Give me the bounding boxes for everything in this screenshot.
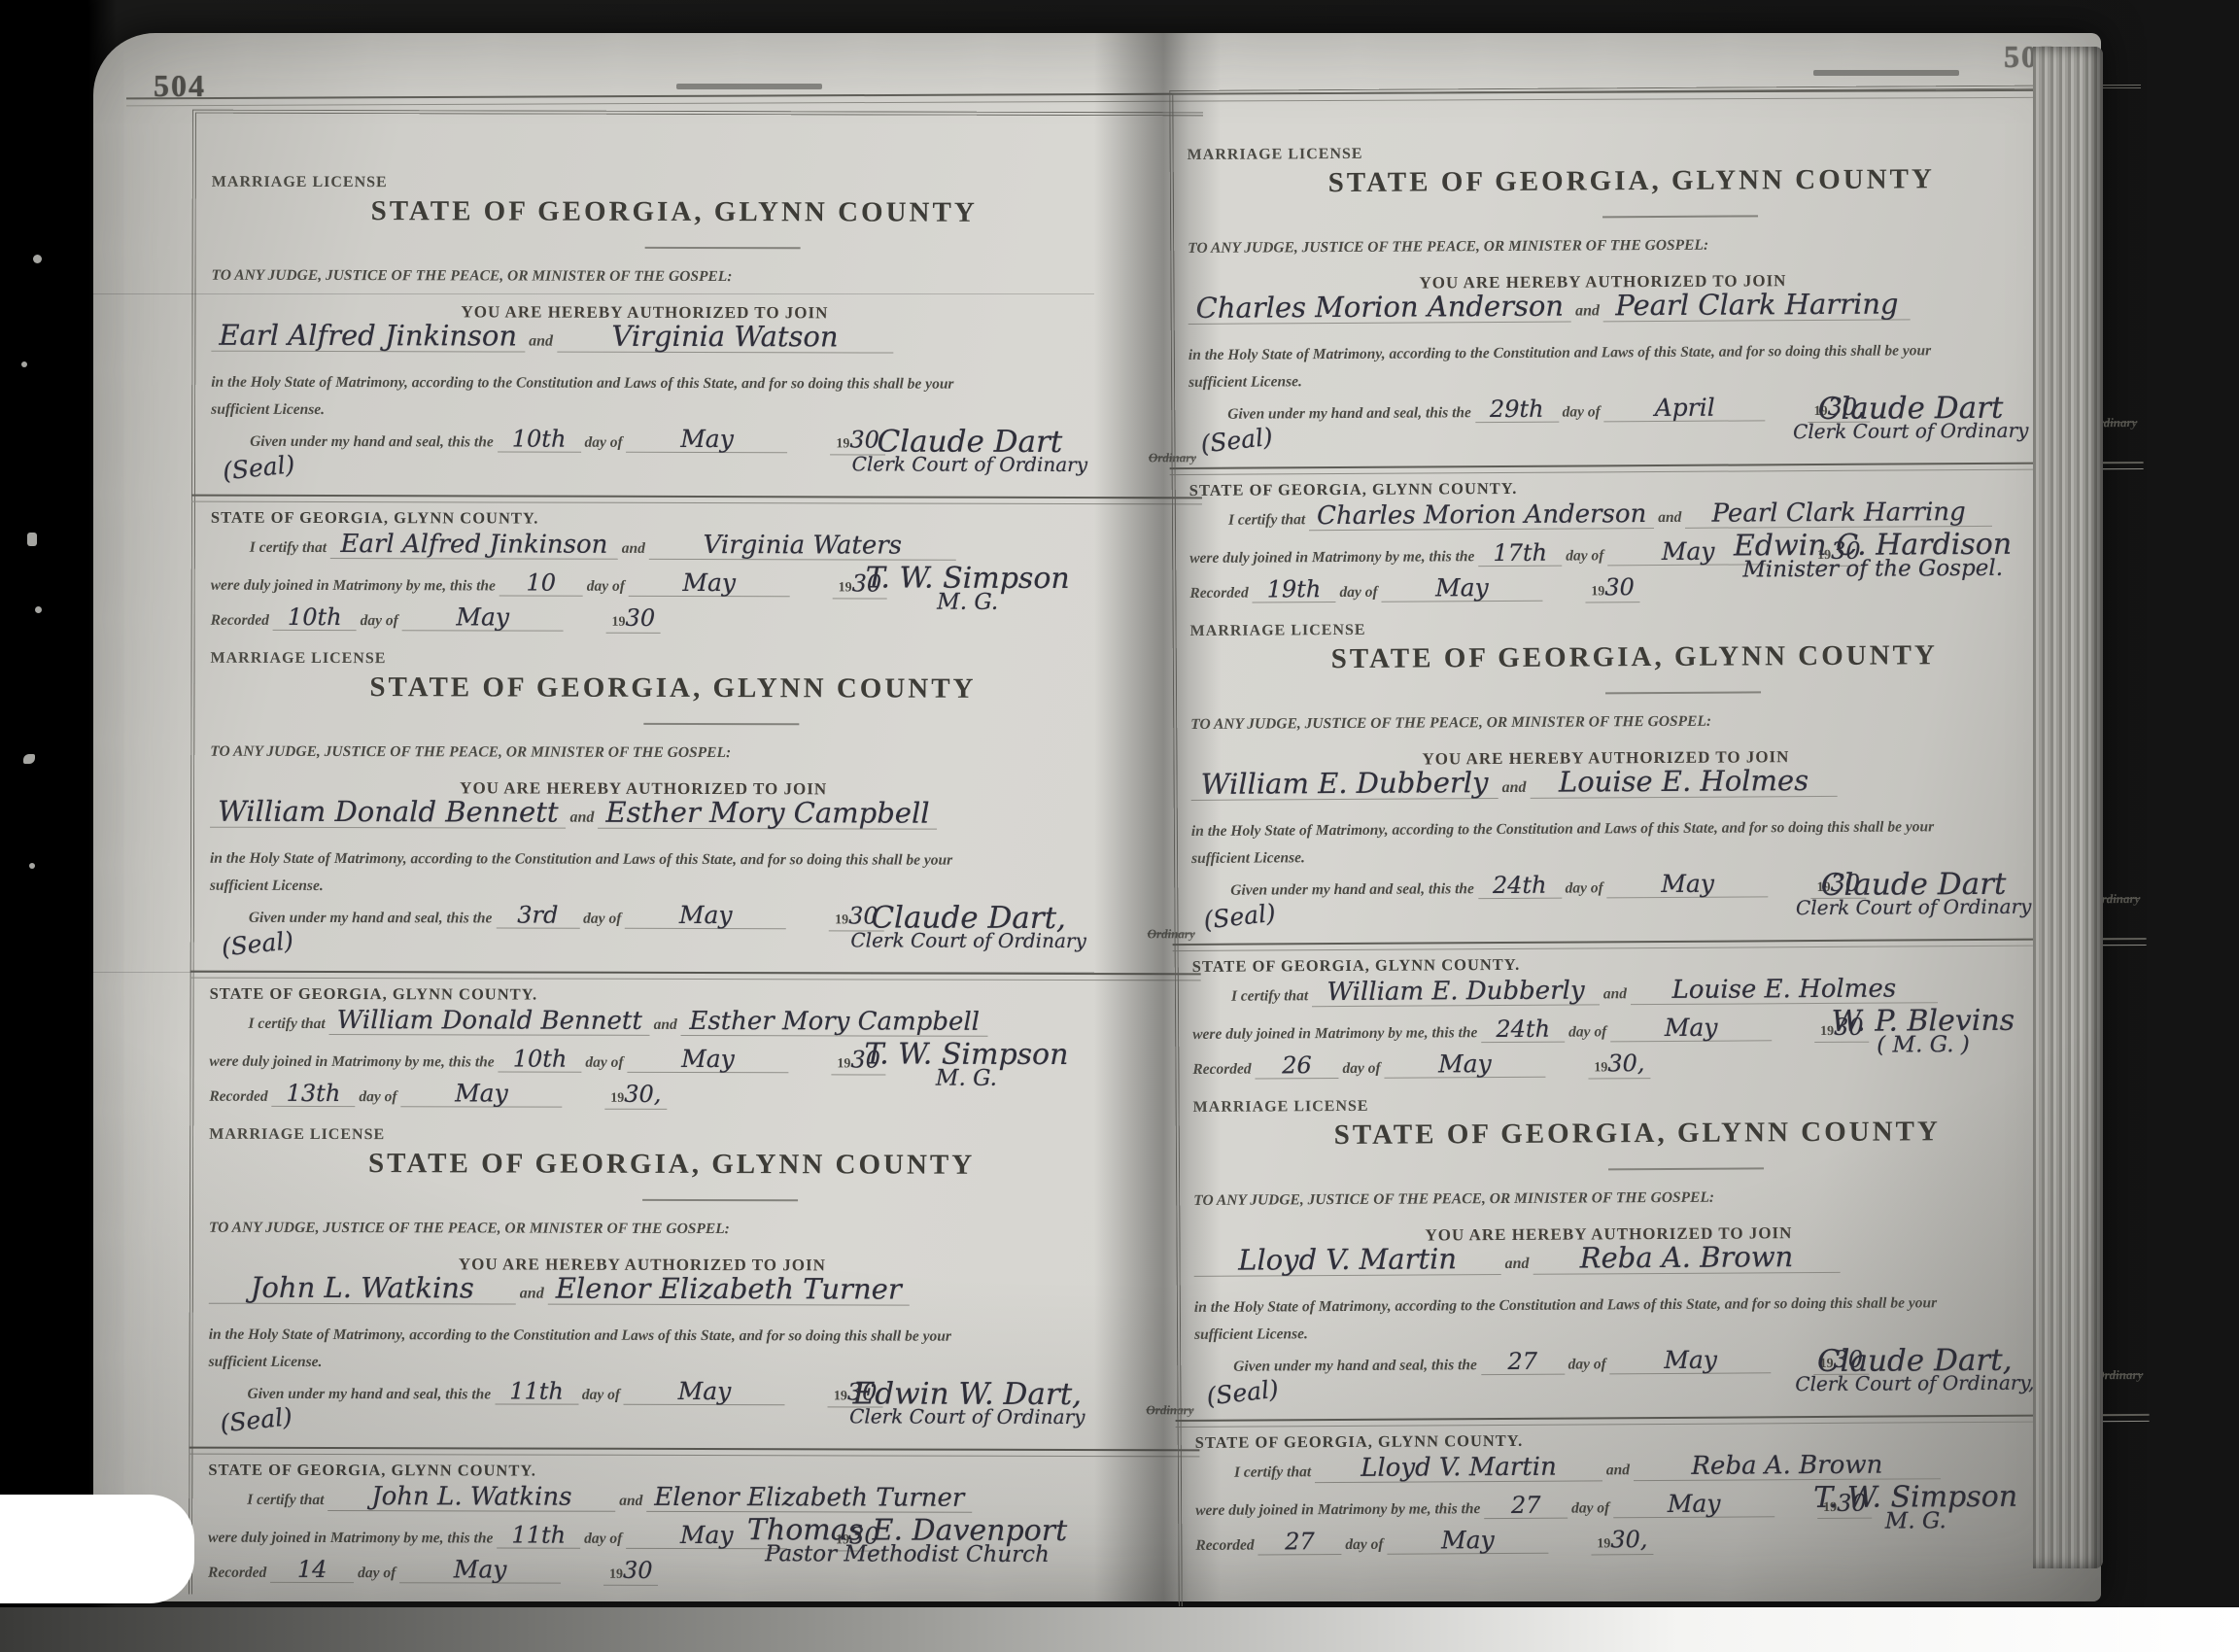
- married-month: May: [1610, 1015, 1772, 1042]
- record-title: STATE OF GEORGIA, GLYNN COUNTY: [1191, 1115, 2084, 1153]
- recorded-day: 13th: [271, 1082, 355, 1107]
- clerk-title: Clerk Court of Ordinary: [849, 1406, 1085, 1428]
- certify-label: I certify that: [1234, 1463, 1311, 1480]
- recorded-month: May: [399, 1557, 561, 1583]
- marriage-license-label: MARRIAGE LICENSE: [212, 174, 388, 191]
- license-names-row: John L. Watkins and Elenor Elizabeth Tur…: [209, 1274, 1194, 1307]
- title-underline: [643, 723, 799, 725]
- and-label: and: [570, 809, 595, 826]
- record-title: STATE OF GEORGIA, GLYNN COUNTY: [210, 195, 1139, 230]
- recorded-year-box: 1930,: [1591, 1526, 1653, 1555]
- clerk-signature-block: Claude Dart, Clerk Court of Ordinary: [850, 902, 1086, 950]
- record-title: STATE OF GEORGIA, GLYNN COUNTY: [1186, 162, 2078, 200]
- license-body-line2: sufficient License.: [211, 401, 325, 419]
- records-column: MARRIAGE LICENSE STATE OF GEORGIA, GLYNN…: [1186, 141, 2145, 1575]
- day-of-label: day of: [585, 1054, 623, 1071]
- printer-imprint: [676, 84, 822, 89]
- recorded-year-box: 1930: [1585, 573, 1640, 602]
- license-body-line1: in the Holy State of Matrimony, accordin…: [1191, 817, 2136, 841]
- day-of-label: day of: [1566, 879, 1603, 896]
- license-month: May: [1607, 871, 1769, 898]
- license-names-row: William E. Dubberly and Louise E. Holmes: [1191, 765, 2140, 801]
- certify-bride-name: Louise E. Holmes: [1631, 976, 1938, 1005]
- recorded-row: Recorded 19th day of May 1930: [1189, 573, 1640, 605]
- scan-cutout: [0, 1495, 194, 1603]
- and-label: and: [622, 540, 645, 557]
- groom-name: John L. Watkins: [209, 1274, 516, 1305]
- day-of-label: day of: [584, 1531, 622, 1547]
- recorded-month: May: [402, 604, 564, 631]
- groom-name: Lloyd V. Martin: [1194, 1245, 1501, 1277]
- title-underline: [1602, 215, 1758, 218]
- married-day: 17th: [1478, 541, 1562, 568]
- certify-names-row: I certify that Earl Alfred Jinkinson and…: [250, 532, 956, 561]
- day-of-label: day of: [583, 911, 621, 927]
- recorded-month: May: [1384, 1051, 1545, 1079]
- joined-row: were duly joined in Matrimony by me, thi…: [211, 568, 888, 600]
- married-day: 27: [1484, 1494, 1567, 1520]
- recorded-month: May: [1387, 1528, 1548, 1555]
- joined-row: were duly joined in Matrimony by me, thi…: [209, 1045, 886, 1076]
- and-label: and: [1505, 1256, 1530, 1272]
- clerk-signature-block: Claude Dart Clerk Court of Ordinary: [1793, 393, 2029, 442]
- salutation-line: TO ANY JUDGE, JUSTICE OF THE PEACE, OR M…: [1193, 1189, 1714, 1210]
- license-month: May: [1610, 1347, 1772, 1374]
- day-of-label: day of: [584, 434, 622, 451]
- title-underline: [1608, 1167, 1764, 1170]
- record-title: STATE OF GEORGIA, GLYNN COUNTY: [1188, 638, 2081, 676]
- license-day: 29th: [1475, 397, 1559, 424]
- license-day: 27: [1481, 1350, 1565, 1376]
- film-edge-mark: [27, 533, 37, 546]
- and-label: and: [1603, 985, 1627, 1002]
- license-body-line1: in the Holy State of Matrimony, accordin…: [1188, 341, 2133, 364]
- day-of-label: day of: [1566, 547, 1603, 564]
- year-prefix: 19: [836, 436, 849, 451]
- clerk-title: Clerk Court of Ordinary: [852, 454, 1087, 475]
- groom-name: Earl Alfred Jinkinson: [211, 322, 525, 353]
- clerk-title: Clerk Court of Ordinary: [1793, 420, 2028, 441]
- title-underline: [645, 247, 801, 249]
- clerk-signature-block: Edwin W. Dart, Clerk Court of Ordinary: [849, 1378, 1085, 1427]
- records-column: MARRIAGE LICENSE STATE OF GEORGIA, GLYNN…: [206, 174, 1197, 1605]
- film-edge-mark: [29, 863, 35, 869]
- license-body-line2: sufficient License.: [209, 1354, 323, 1371]
- license-month: May: [625, 903, 786, 929]
- joined-label: were duly joined in Matrimony by me, thi…: [209, 1053, 494, 1071]
- recorded-month: May: [1381, 575, 1542, 602]
- year-prefix: 19: [1591, 584, 1604, 599]
- recorded-label: Recorded: [208, 1565, 266, 1581]
- marriage-license-label: MARRIAGE LICENSE: [210, 650, 386, 668]
- register-book: 504 505 MARRIAGE LICENSE STATE OF GEORGI…: [93, 33, 2101, 1601]
- recorded-day: 27: [1257, 1530, 1341, 1556]
- given-under-seal-row: Given under my hand and seal, this the 3…: [249, 901, 884, 932]
- day-of-label: day of: [1345, 1536, 1383, 1553]
- married-month: May: [627, 1047, 788, 1073]
- year-prefix: 19: [1597, 1536, 1610, 1551]
- bride-name: Elenor Elizabeth Turner: [548, 1275, 910, 1306]
- stacked-page-edges: [2033, 47, 2103, 1568]
- recorded-year-box: 1930,: [1588, 1050, 1650, 1079]
- clerk-signature-block: Claude Dart Clerk Court of Ordinary: [1796, 869, 2032, 918]
- film-edge-mark: [33, 255, 42, 263]
- title-underline: [1605, 691, 1761, 694]
- given-label: Given under my hand and seal, this the: [1233, 1357, 1477, 1375]
- certify-names-row: I certify that Charles Morion Anderson a…: [1228, 499, 1992, 532]
- certify-groom-name: Earl Alfred Jinkinson: [330, 532, 618, 560]
- bride-name: Reba A. Brown: [1533, 1243, 1840, 1275]
- recorded-year: 30,: [1610, 1526, 1647, 1553]
- officiant-signature-block: T. W. Simpson M. G.: [866, 562, 1070, 615]
- section-divider-rule: [1170, 462, 2144, 475]
- recorded-year-box: 1930: [606, 604, 662, 634]
- salutation-line: TO ANY JUDGE, JUSTICE OF THE PEACE, OR M…: [1190, 713, 1711, 734]
- seal-note: (Seal): [220, 926, 294, 961]
- certify-names-row: I certify that William E. Dubberly and L…: [1231, 976, 1938, 1007]
- salutation-line: TO ANY JUDGE, JUSTICE OF THE PEACE, OR M…: [209, 1220, 730, 1238]
- year-prefix: 19: [835, 912, 848, 927]
- given-label: Given under my hand and seal, this the: [1230, 880, 1474, 899]
- certify-label: I certify that: [250, 539, 327, 556]
- certify-label: I certify that: [247, 1492, 324, 1508]
- license-day: 10th: [498, 427, 581, 452]
- married-month: May: [1613, 1491, 1774, 1518]
- certify-bride-name: Elenor Elizabeth Turner: [646, 1485, 972, 1513]
- joined-label: were duly joined in Matrimony by me, thi…: [1189, 548, 1474, 567]
- given-under-seal-row: Given under my hand and seal, this the 2…: [1233, 1346, 1869, 1379]
- given-under-seal-row: Given under my hand and seal, this the 2…: [1230, 870, 1866, 903]
- license-names-row: Charles Morion Anderson and Pearl Clark …: [1188, 289, 2137, 325]
- groom-name: William E. Dubberly: [1191, 769, 1498, 801]
- and-label: and: [529, 333, 553, 350]
- clerk-title: Clerk Court of Ordinary: [1796, 896, 2031, 917]
- film-edge-mark: [35, 606, 42, 613]
- recorded-row: Recorded 27 day of May 1930,: [1195, 1526, 1653, 1558]
- recorded-year: 30: [1604, 573, 1635, 601]
- page-right-505: MARRIAGE LICENSE STATE OF GEORGIA, GLYNN…: [1169, 85, 2151, 1606]
- day-of-label: day of: [1563, 403, 1601, 420]
- page-left-504: MARRIAGE LICENSE STATE OF GEORGIA, GLYNN…: [189, 110, 1203, 1598]
- film-edge-mark: [21, 361, 27, 367]
- married-day: 24th: [1481, 1017, 1565, 1044]
- joined-row: were duly joined in Matrimony by me, thi…: [1195, 1490, 1873, 1523]
- marriage-record: MARRIAGE LICENSE STATE OF GEORGIA, GLYNN…: [206, 1126, 1194, 1605]
- certify-heading: STATE OF GEORGIA, GLYNN COUNTY.: [1192, 955, 1521, 977]
- recorded-row: Recorded 13th day of May 1930,: [209, 1080, 667, 1110]
- joined-row: were duly joined in Matrimony by me, thi…: [1192, 1014, 1870, 1047]
- certify-heading: STATE OF GEORGIA, GLYNN COUNTY.: [1195, 1431, 1524, 1453]
- day-of-label: day of: [1568, 1356, 1606, 1372]
- license-names-row: Lloyd V. Martin and Reba A. Brown: [1194, 1241, 2143, 1277]
- certify-heading: STATE OF GEORGIA, GLYNN COUNTY.: [211, 508, 539, 529]
- certify-groom-name: William Donald Bennett: [329, 1008, 650, 1036]
- license-day: 11th: [495, 1379, 578, 1404]
- marriage-record: MARRIAGE LICENSE STATE OF GEORGIA, GLYNN…: [1188, 617, 2142, 1099]
- married-day: 11th: [497, 1523, 580, 1548]
- marriage-record: MARRIAGE LICENSE STATE OF GEORGIA, GLYNN…: [209, 174, 1197, 653]
- certify-groom-name: Charles Morion Anderson: [1309, 501, 1654, 531]
- officiant-signature-block: Thomas E. Davenport Pastor Methodist Chu…: [747, 1514, 1067, 1567]
- certify-bride-name: Pearl Clark Harring: [1685, 499, 1992, 529]
- license-body-line1: in the Holy State of Matrimony, accordin…: [211, 374, 1192, 395]
- recorded-year-box: 1930,: [604, 1081, 667, 1110]
- recorded-label: Recorded: [209, 1088, 267, 1105]
- license-day: 3rd: [496, 903, 579, 928]
- scan-bottom-band: [0, 1607, 2239, 1652]
- and-label: and: [1606, 1462, 1630, 1478]
- day-of-label: day of: [361, 612, 398, 629]
- joined-label: were duly joined in Matrimony by me, thi…: [1195, 1500, 1480, 1519]
- title-underline: [642, 1199, 798, 1201]
- marriage-record: MARRIAGE LICENSE STATE OF GEORGIA, GLYNN…: [1186, 141, 2139, 623]
- section-divider-rule: [1176, 1414, 2150, 1428]
- license-body-line1: in the Holy State of Matrimony, accordin…: [209, 1326, 1190, 1347]
- certify-label: I certify that: [1228, 511, 1305, 528]
- married-day: 10: [499, 570, 583, 596]
- certify-names-row: I certify that John L. Watkins and Eleno…: [247, 1484, 972, 1513]
- certify-heading: STATE OF GEORGIA, GLYNN COUNTY.: [208, 1461, 536, 1481]
- recorded-day: 14: [270, 1558, 354, 1583]
- day-of-label: day of: [359, 1088, 396, 1105]
- salutation-line: TO ANY JUDGE, JUSTICE OF THE PEACE, OR M…: [1188, 237, 1708, 258]
- license-month: May: [627, 427, 788, 453]
- marriage-license-label: MARRIAGE LICENSE: [209, 1126, 385, 1144]
- day-of-label: day of: [1339, 584, 1377, 601]
- section-divider-rule: [191, 495, 1202, 505]
- certify-bride-name: Virginia Waters: [649, 533, 956, 561]
- certify-heading: STATE OF GEORGIA, GLYNN COUNTY.: [210, 984, 538, 1005]
- seal-note: (Seal): [219, 1402, 293, 1437]
- day-of-label: day of: [358, 1565, 396, 1581]
- recorded-row: Recorded 10th day of May 1930: [211, 603, 662, 634]
- given-under-seal-row: Given under my hand and seal, this the 2…: [1227, 394, 1871, 427]
- given-under-seal-row: Given under my hand and seal, this the 1…: [250, 425, 885, 456]
- officiant-signature-block: Edwin C. Hardison Minister of the Gospel…: [1734, 529, 2012, 583]
- marriage-record: MARRIAGE LICENSE STATE OF GEORGIA, GLYNN…: [1191, 1093, 2145, 1575]
- certify-heading: STATE OF GEORGIA, GLYNN COUNTY.: [1189, 479, 1518, 500]
- license-body-line2: sufficient License.: [210, 878, 324, 895]
- certify-groom-name: John L. Watkins: [327, 1484, 615, 1512]
- certify-bride-name: Reba A. Brown: [1634, 1452, 1941, 1481]
- recorded-month: May: [400, 1081, 562, 1107]
- and-label: and: [1502, 779, 1527, 796]
- year-prefix: 19: [837, 1056, 850, 1071]
- year-prefix: 19: [839, 580, 852, 595]
- officiant-signature-block: W. P. Blevins ( M. G. ): [1832, 1005, 2015, 1058]
- bride-name: Louise E. Holmes: [1530, 767, 1837, 799]
- record-title: STATE OF GEORGIA, GLYNN COUNTY: [207, 1148, 1136, 1183]
- year-prefix: 19: [1594, 1060, 1607, 1075]
- license-month: May: [624, 1379, 785, 1405]
- certify-label: I certify that: [1231, 987, 1308, 1004]
- day-of-label: day of: [1568, 1023, 1606, 1040]
- given-label: Given under my hand and seal, this the: [248, 1386, 492, 1403]
- certify-groom-name: William E. Dubberly: [1312, 978, 1600, 1007]
- bride-name: Virginia Watson: [557, 323, 893, 354]
- salutation-line: TO ANY JUDGE, JUSTICE OF THE PEACE, OR M…: [210, 743, 731, 762]
- certify-names-row: I certify that William Donald Bennett an…: [249, 1008, 988, 1037]
- year-prefix: 19: [610, 1091, 624, 1106]
- day-of-label: day of: [582, 1387, 620, 1403]
- recorded-year: 30: [626, 604, 656, 632]
- license-names-row: William Donald Bennett and Esther Mory C…: [210, 798, 1195, 831]
- bride-name: Pearl Clark Harring: [1603, 290, 1911, 322]
- clerk-title: Clerk Court of Ordinary,: [1795, 1372, 2034, 1394]
- joined-label: were duly joined in Matrimony by me, thi…: [1192, 1024, 1477, 1043]
- given-label: Given under my hand and seal, this the: [249, 910, 493, 927]
- record-title: STATE OF GEORGIA, GLYNN COUNTY: [208, 671, 1137, 706]
- given-label: Given under my hand and seal, this the: [250, 433, 494, 451]
- certify-groom-name: Lloyd V. Martin: [1315, 1454, 1602, 1483]
- license-day: 24th: [1478, 874, 1562, 900]
- and-label: and: [654, 1016, 677, 1033]
- certify-names-row: I certify that Lloyd V. Martin and Reba …: [1234, 1452, 1941, 1483]
- and-label: and: [1575, 302, 1600, 319]
- certify-bride-name: Esther Mory Campbell: [681, 1009, 988, 1037]
- license-month: April: [1604, 395, 1766, 422]
- section-divider-rule: [189, 1447, 1199, 1458]
- scan-scratch-line: [93, 293, 1094, 294]
- joined-label: were duly joined in Matrimony by me, thi…: [208, 1530, 493, 1547]
- clerk-title: Clerk Court of Ordinary: [850, 930, 1085, 951]
- and-label: and: [1658, 509, 1681, 526]
- groom-name: Charles Morion Anderson: [1188, 293, 1572, 325]
- day-of-label: day of: [587, 578, 625, 595]
- license-body-line1: in the Holy State of Matrimony, accordin…: [1194, 1293, 2139, 1317]
- recorded-year: 30,: [624, 1081, 661, 1108]
- recorded-year: 30,: [1607, 1050, 1644, 1077]
- clerk-signature-block: Claude Dart Clerk Court of Ordinary: [852, 426, 1088, 474]
- printer-imprint: [1813, 70, 1959, 76]
- officiant-title: Minister of the Gospel.: [1734, 557, 2012, 583]
- recorded-row: Recorded 26 day of May 1930,: [1192, 1050, 1650, 1082]
- officiant-title: Pastor Methodist Church: [747, 1542, 1067, 1567]
- married-day: 10th: [499, 1047, 582, 1072]
- married-month: May: [629, 570, 790, 597]
- license-body-line1: in the Holy State of Matrimony, accordin…: [210, 850, 1191, 871]
- salutation-line: TO ANY JUDGE, JUSTICE OF THE PEACE, OR M…: [212, 267, 733, 286]
- recorded-day: 26: [1255, 1053, 1338, 1080]
- recorded-year-box: 1930: [603, 1557, 659, 1586]
- recorded-day: 19th: [1252, 577, 1335, 603]
- officiant-signature-block: T. W. Simpson M. G.: [864, 1038, 1068, 1091]
- recorded-day: 10th: [273, 605, 357, 631]
- officiant-signature-block: T. W. Simpson M. G.: [1813, 1481, 2017, 1535]
- joined-label: were duly joined in Matrimony by me, thi…: [211, 577, 496, 595]
- day-of-label: day of: [1342, 1060, 1380, 1077]
- year-prefix: 19: [609, 1567, 623, 1582]
- recorded-label: Recorded: [211, 612, 269, 629]
- left-page-number: 504: [154, 68, 206, 104]
- day-of-label: day of: [1571, 1499, 1609, 1516]
- and-label: and: [520, 1286, 544, 1302]
- recorded-row: Recorded 14 day of May 1930: [208, 1556, 659, 1586]
- license-names-row: Earl Alfred Jinkinson and Virginia Watso…: [211, 322, 1196, 355]
- year-prefix: 19: [612, 615, 626, 630]
- bride-name: Esther Mory Campbell: [598, 799, 937, 830]
- certify-label: I certify that: [249, 1015, 326, 1032]
- year-prefix: 19: [834, 1389, 847, 1403]
- clerk-signature-block: Claude Dart, Clerk Court of Ordinary,: [1795, 1345, 2034, 1394]
- section-divider-rule: [1173, 938, 2147, 951]
- scan-scratch-line: [93, 972, 1094, 973]
- and-label: and: [619, 1493, 642, 1509]
- seal-note: (Seal): [222, 450, 296, 485]
- book-gutter-shadow: [1094, 33, 1221, 1601]
- given-label: Given under my hand and seal, this the: [1227, 404, 1471, 423]
- groom-name: William Donald Bennett: [210, 798, 567, 829]
- recorded-year: 30: [623, 1557, 653, 1584]
- marriage-record: MARRIAGE LICENSE STATE OF GEORGIA, GLYNN…: [207, 650, 1195, 1129]
- given-under-seal-row: Given under my hand and seal, this the 1…: [248, 1377, 883, 1408]
